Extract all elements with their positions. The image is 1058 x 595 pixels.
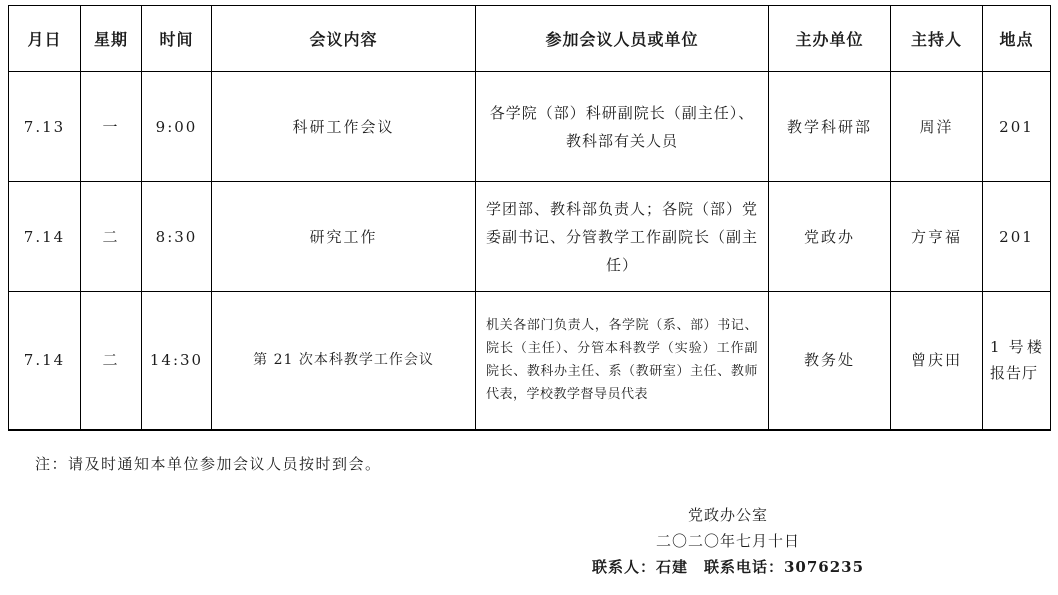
column-header-weekday: 星期 [81, 6, 142, 72]
cell-time: 8:30 [142, 182, 212, 292]
header-row: 月日 星期 时间 会议内容 参加会议人员或单位 主办单位 主持人 地点 [9, 6, 1051, 72]
cell-organizer: 党政办 [769, 182, 891, 292]
signature-office: 党政办公室 [528, 502, 928, 528]
cell-meeting-content: 第 21 次本科教学工作会议 [212, 292, 476, 430]
cell-organizer: 教务处 [769, 292, 891, 430]
cell-meeting-content: 研究工作 [212, 182, 476, 292]
cell-weekday: 二 [81, 292, 142, 430]
cell-location: 201 [983, 72, 1051, 182]
cell-host: 曾庆田 [891, 292, 983, 430]
cell-date: 7.13 [9, 72, 81, 182]
column-header-content: 会议内容 [212, 6, 476, 72]
signature-contact-line: 联系人：石建 联系电话：3076235 [528, 554, 928, 580]
cell-meeting-content: 科研工作会议 [212, 72, 476, 182]
table-row: 7.14 二 8:30 研究工作 学团部、教科部负责人；各院（部）党委副书记、分… [9, 182, 1051, 292]
column-header-date: 月日 [9, 6, 81, 72]
cell-time: 14:30 [142, 292, 212, 430]
column-header-organizer: 主办单位 [769, 6, 891, 72]
cell-participants: 各学院（部）科研副院长（副主任）、教科部有关人员 [476, 72, 769, 182]
column-header-time: 时间 [142, 6, 212, 72]
cell-location: 1 号楼报告厅 [983, 292, 1051, 430]
meeting-schedule-document: 月日 星期 时间 会议内容 参加会议人员或单位 主办单位 主持人 地点 7.13… [0, 0, 1058, 580]
signature-block: 党政办公室 二〇二〇年七月十日 联系人：石建 联系电话：3076235 [528, 502, 928, 580]
column-header-participants: 参加会议人员或单位 [476, 6, 769, 72]
signature-date: 二〇二〇年七月十日 [528, 528, 928, 554]
table-row: 7.14 二 14:30 第 21 次本科教学工作会议 机关各部门负责人，各学院… [9, 292, 1051, 430]
cell-host: 周洋 [891, 72, 983, 182]
cell-organizer: 教学科研部 [769, 72, 891, 182]
cell-participants: 机关各部门负责人，各学院（系、部）书记、院长（主任）、分管本科教学（实验）工作副… [476, 292, 769, 430]
column-header-location: 地点 [983, 6, 1051, 72]
cell-weekday: 一 [81, 72, 142, 182]
cell-date: 7.14 [9, 182, 81, 292]
cell-host: 方亨福 [891, 182, 983, 292]
cell-time: 9:00 [142, 72, 212, 182]
table-row: 7.13 一 9:00 科研工作会议 各学院（部）科研副院长（副主任）、教科部有… [9, 72, 1051, 182]
cell-weekday: 二 [81, 182, 142, 292]
note-text: 注：请及时通知本单位参加会议人员按时到会。 [35, 453, 1050, 474]
cell-location: 201 [983, 182, 1051, 292]
meeting-schedule-table: 月日 星期 时间 会议内容 参加会议人员或单位 主办单位 主持人 地点 7.13… [8, 5, 1051, 431]
cell-participants: 学团部、教科部负责人；各院（部）党委副书记、分管教学工作副院长（副主任） [476, 182, 769, 292]
column-header-host: 主持人 [891, 6, 983, 72]
cell-date: 7.14 [9, 292, 81, 430]
